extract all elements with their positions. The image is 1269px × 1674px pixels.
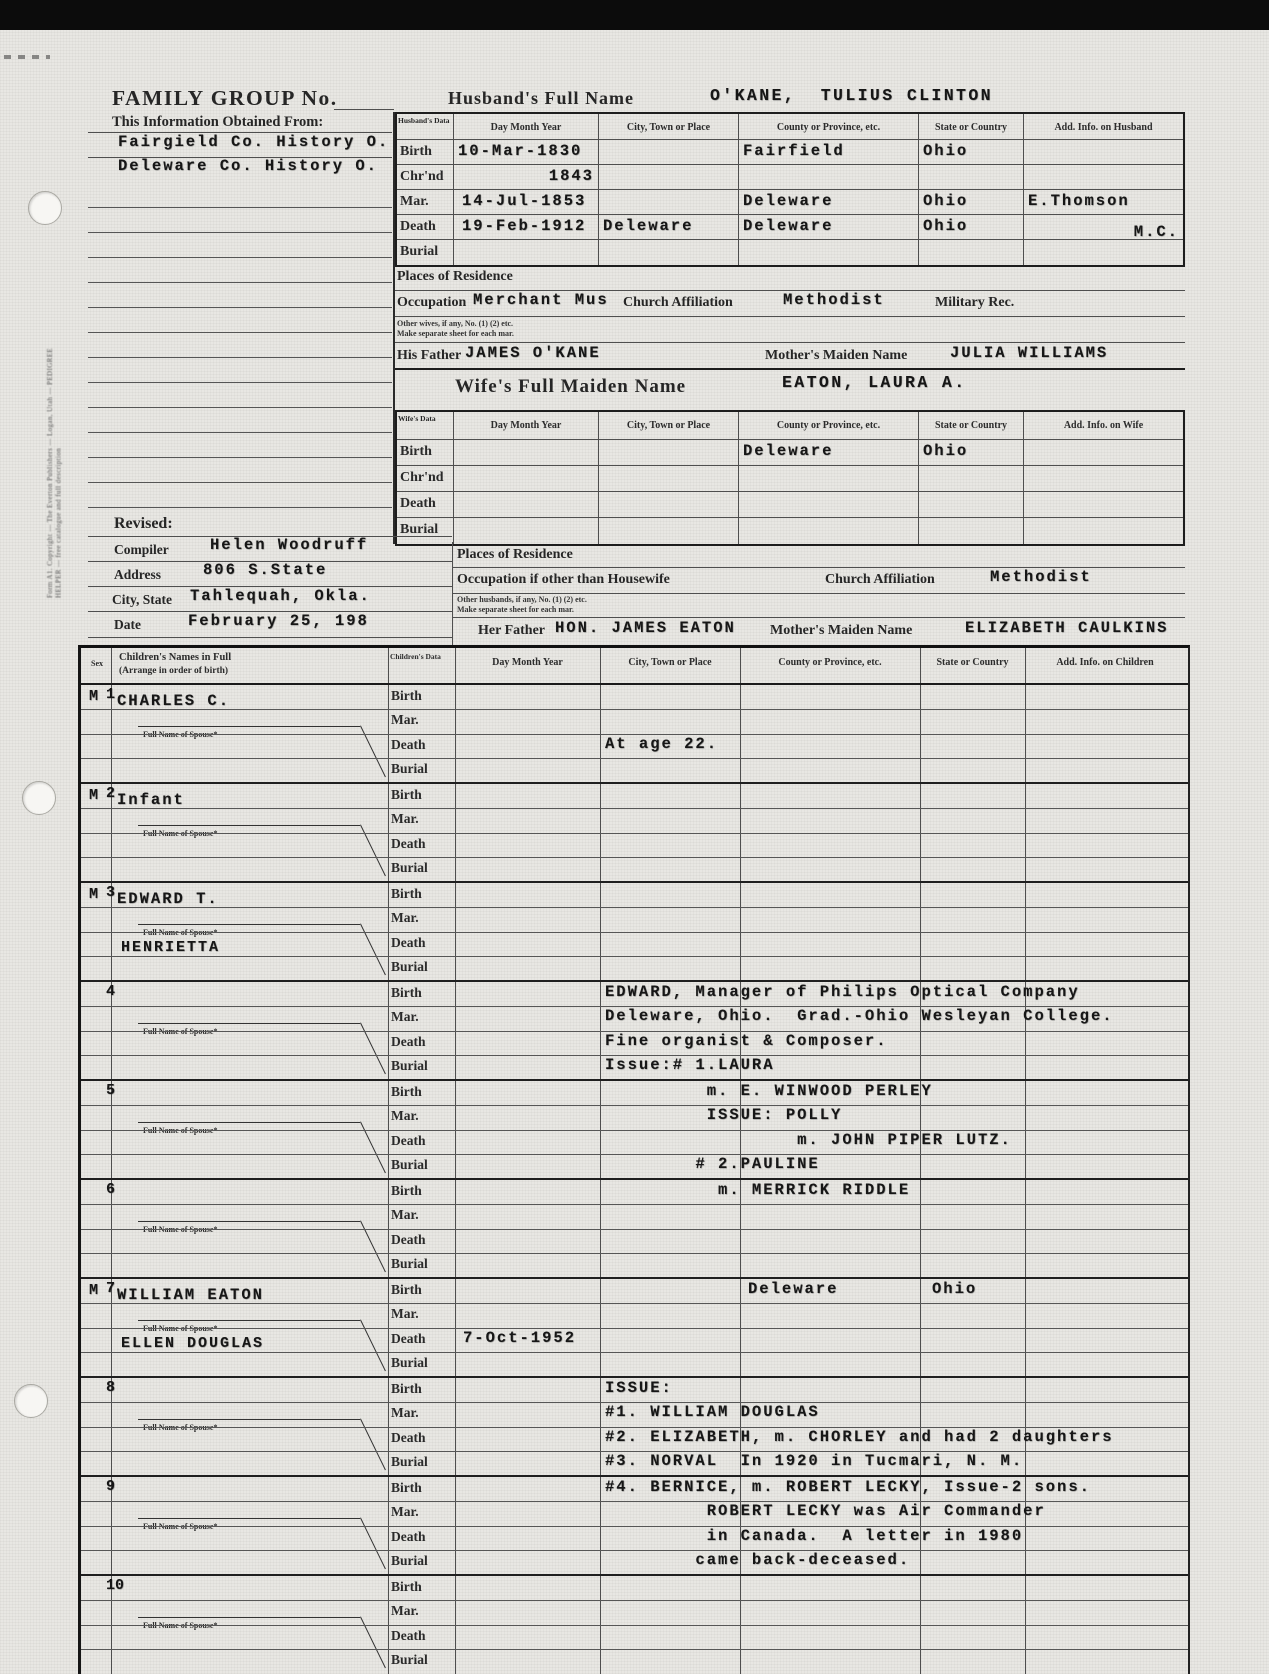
wife-occupation-row: Occupation if other than Housewife Churc… — [452, 568, 1185, 594]
husband-birth-county: Fairfield — [739, 140, 919, 165]
church-affiliation-label: Church Affiliation — [623, 295, 733, 311]
child-burial-row: Burial — [81, 1253, 1188, 1277]
child-birth-row: Birth m. E. WINWOOD PERLEY — [81, 1081, 1188, 1106]
wife-chrnd-city — [599, 466, 739, 492]
wife-chrnd-county — [739, 466, 919, 492]
birth-label: Birth — [391, 1084, 422, 1100]
wife-chrnd-date — [454, 466, 599, 492]
child-death-row: Death At age 22. — [81, 734, 1188, 759]
scan-top-bar — [0, 0, 1269, 30]
child-mar-row: Mar. — [81, 808, 1188, 833]
other-husbands-note2: Make separate sheet for each mar. — [457, 605, 574, 615]
death-label: Death — [391, 1133, 426, 1149]
burial-label: Burial — [391, 1058, 428, 1074]
husband-burial-county — [739, 240, 919, 265]
wife-name: EATON, LAURA A. — [782, 375, 967, 392]
her-father-label: Her Father — [478, 623, 545, 639]
wife-birth-state: Ohio — [919, 440, 1024, 466]
husband-death-county: Deleware — [739, 215, 919, 240]
col-add-info: Add. Info. on Husband — [1024, 114, 1183, 140]
child-mar-row: Mar. — [81, 907, 1188, 932]
burial-label: Burial — [391, 1256, 428, 1272]
info-source-line: Deleware Co. History O. — [118, 159, 378, 175]
church-affiliation-value: Methodist — [990, 570, 1092, 586]
husband-chrnd-info — [1024, 165, 1183, 190]
wife-data-label: Wife's Data — [397, 412, 454, 440]
child-block: M 2 Infant Full Name of Spouse* Birth Ma… — [81, 784, 1188, 883]
col-day-month-year: Day Month Year — [454, 114, 599, 140]
form-credit-vertical-text: Form A1. Copyright — The Everton Publish… — [46, 322, 72, 598]
wife-burial-city — [599, 518, 739, 544]
child-burial-row: Burial — [81, 956, 1188, 980]
wife-burial-date — [454, 518, 599, 544]
col-city: City, Town or Place — [600, 657, 740, 668]
child-block: 8 Full Name of Spouse* Birth ISSUE: Mar.… — [81, 1378, 1188, 1477]
death-note: Fine organist & Composer. — [605, 1034, 888, 1050]
child-death-row: Death — [81, 833, 1188, 858]
child-mar-row: Mar. ISSUE: POLLY — [81, 1105, 1188, 1130]
child-death-row: Death — [81, 932, 1188, 957]
husband-death-info: M.C. — [1024, 215, 1183, 240]
mar-note: ISSUE: POLLY — [605, 1108, 842, 1124]
wife-death-date — [454, 492, 599, 518]
col-children-names: Children's Names in Full — [119, 652, 379, 663]
husband-death-label: Death — [397, 215, 454, 240]
child-birth-row: Birth m. MERRICK RIDDLE — [81, 1180, 1188, 1205]
mar-note: Deleware, Ohio. Grad.-Ohio Wesleyan Coll… — [605, 1009, 1114, 1025]
child-burial-row: Burial — [81, 1649, 1188, 1673]
col-county: County or Province, etc. — [740, 657, 920, 668]
husband-burial-label: Burial — [397, 240, 454, 265]
his-father-value: JAMES O'KANE — [465, 346, 601, 362]
wife-maiden-name-label: Wife's Full Maiden Name — [455, 376, 686, 398]
wife-other-husbands-row: Other husbands, if any, No. (1) (2) etc.… — [452, 594, 1185, 618]
child-death-row: Death — [81, 1625, 1188, 1650]
wife-chrnd-label: Chr'nd — [397, 466, 454, 492]
birth-label: Birth — [391, 1381, 422, 1397]
burial-label: Burial — [391, 761, 428, 777]
child-burial-row: Burial — [81, 857, 1188, 881]
birth-label: Birth — [391, 1282, 422, 1298]
punch-hole — [28, 191, 62, 225]
mar-label: Mar. — [391, 910, 419, 926]
page-title: FAMILY GROUP No. — [112, 86, 338, 111]
burial-label: Burial — [391, 1553, 428, 1569]
mar-label: Mar. — [391, 712, 419, 728]
children-table-header: Sex Children's Names in Full (Arrange in… — [81, 648, 1188, 685]
child-burial-row: Burial — [81, 758, 1188, 782]
death-note: in Canada. A letter in 1980 — [605, 1529, 1023, 1545]
wife-burial-info — [1024, 518, 1183, 544]
child-mar-row: Mar. Deleware, Ohio. Grad.-Ohio Wesleyan… — [81, 1006, 1188, 1031]
child-death-row: Death — [81, 1229, 1188, 1254]
family-group-sheet: Form A1. Copyright — The Everton Publish… — [0, 0, 1269, 1674]
husband-burial-city — [599, 240, 739, 265]
husband-mar-county: Deleware — [739, 190, 919, 215]
husband-burial-date — [454, 240, 599, 265]
mother-maiden-value: ELIZABETH CAULKINS — [965, 621, 1168, 637]
occupation-value: Merchant Mus — [473, 293, 609, 309]
occupation-housewife-label: Occupation if other than Housewife — [457, 572, 670, 588]
info-source-line: Fairgield Co. History O. — [118, 135, 389, 151]
birth-label: Birth — [391, 1480, 422, 1496]
birth-label: Birth — [391, 1183, 422, 1199]
mar-label: Mar. — [391, 1405, 419, 1421]
burial-label: Burial — [391, 1652, 428, 1668]
husband-burial-state — [919, 240, 1024, 265]
wife-father-row: Her Father HON. JAMES EATON Mother's Mai… — [452, 618, 1185, 645]
mar-label: Mar. — [391, 1306, 419, 1322]
child-birth-row: Birth ISSUE: — [81, 1378, 1188, 1403]
wife-death-info — [1024, 492, 1183, 518]
occupation-label: Occupation — [397, 295, 466, 311]
child-death-row: Death #2. ELIZABETH, m. CHORLEY and had … — [81, 1427, 1188, 1452]
child-burial-row: Burial — [81, 1352, 1188, 1376]
birth-label: Birth — [391, 688, 422, 704]
child-mar-row: Mar. ROBERT LECKY was Air Commander — [81, 1501, 1188, 1526]
date-value: February 25, 198 — [188, 614, 369, 630]
child-burial-row: Burial came back-deceased. — [81, 1550, 1188, 1574]
revised-label: Revised: — [114, 515, 173, 533]
death-date: 7-Oct-1952 — [463, 1331, 576, 1347]
col-state: State or Country — [919, 412, 1024, 440]
city-state-label: City, State — [112, 592, 172, 608]
places-of-residence-label: Places of Residence — [397, 269, 513, 285]
death-label: Death — [391, 1331, 426, 1347]
husband-birth-date: 10-Mar-1830 — [454, 140, 599, 165]
burial-note: #3. NORVAL In 1920 in Tucmari, N. M. — [605, 1454, 1023, 1470]
address-label: Address — [114, 567, 161, 583]
child-birth-row: Birth — [81, 883, 1188, 908]
col-county: County or Province, etc. — [739, 114, 919, 140]
husband-chrnd-city — [599, 165, 739, 190]
col-state: State or Country — [920, 657, 1025, 668]
child-block: 9 Full Name of Spouse* Birth #4. BERNICE… — [81, 1477, 1188, 1576]
children-table: Sex Children's Names in Full (Arrange in… — [78, 645, 1190, 1674]
child-birth-row: Birth — [81, 1576, 1188, 1601]
husband-birth-label: Birth — [397, 140, 454, 165]
child-mar-row: Mar. — [81, 709, 1188, 734]
husband-birth-state: Ohio — [919, 140, 1024, 165]
husband-places-row: Places of Residence — [395, 265, 1185, 291]
col-add-info: Add. Info. on Children — [1025, 657, 1185, 668]
address-value: 806 S.State — [203, 563, 327, 579]
mar-label: Mar. — [391, 1504, 419, 1520]
husband-birth-city — [599, 140, 739, 165]
compiler-label: Compiler — [114, 542, 169, 558]
husband-other-wives-row: Other wives, if any, No. (1) (2) etc. Ma… — [395, 317, 1185, 343]
husband-burial-info — [1024, 240, 1183, 265]
child-block: M 3 EDWARD T. Full Name of Spouse* HENRI… — [81, 883, 1188, 982]
birth-state: Ohio — [932, 1282, 977, 1298]
rule — [88, 637, 452, 638]
child-block: 5 Full Name of Spouse* Birth m. E. WINWO… — [81, 1081, 1188, 1180]
birth-label: Birth — [391, 985, 422, 1001]
child-death-row: Death m. JOHN PIPER LUTZ. — [81, 1130, 1188, 1155]
col-state: State or Country — [919, 114, 1024, 140]
death-label: Death — [391, 836, 426, 852]
husband-chrnd-date: 1843 — [454, 165, 599, 190]
birth-label: Birth — [391, 787, 422, 803]
child-burial-row: Burial # 2.PAULINE — [81, 1154, 1188, 1178]
husband-death-state: Ohio — [919, 215, 1024, 240]
death-label: Death — [391, 1034, 426, 1050]
child-mar-row: Mar. #1. WILLIAM DOUGLAS — [81, 1402, 1188, 1427]
husband-mar-label: Mar. — [397, 190, 454, 215]
scan-edge-mark — [4, 55, 50, 59]
wife-birth-date — [454, 440, 599, 466]
wife-burial-county — [739, 518, 919, 544]
date-label: Date — [114, 617, 141, 633]
col-add-info: Add. Info. on Wife — [1024, 412, 1183, 440]
child-mar-row: Mar. — [81, 1204, 1188, 1229]
children-rows: M 1 CHARLES C. Full Name of Spouse* Birt… — [81, 685, 1188, 1674]
husband-name: O'KANE, TULIUS CLINTON — [710, 88, 993, 105]
child-birth-row: Birth — [81, 685, 1188, 710]
husband-birth-info — [1024, 140, 1183, 165]
child-block: 10 Full Name of Spouse* Birth Mar. Death — [81, 1576, 1188, 1674]
child-birth-row: Birth #4. BERNICE, m. ROBERT LECKY, Issu… — [81, 1477, 1188, 1502]
mar-label: Mar. — [391, 1009, 419, 1025]
child-death-row: Death in Canada. A letter in 1980 — [81, 1526, 1188, 1551]
husband-death-city: Deleware — [599, 215, 739, 240]
col-city: City, Town or Place — [599, 412, 739, 440]
birth-note: m. E. WINWOOD PERLEY — [605, 1084, 933, 1100]
mar-label: Mar. — [391, 1603, 419, 1619]
mar-note: ROBERT LECKY was Air Commander — [605, 1504, 1046, 1520]
burial-label: Burial — [391, 959, 428, 975]
col-day-month-year: Day Month Year — [455, 657, 600, 668]
child-birth-row: Birth — [81, 784, 1188, 809]
mother-maiden-label: Mother's Maiden Name — [765, 348, 907, 364]
other-wives-note: Other wives, if any, No. (1) (2) etc. — [397, 319, 513, 329]
husband-data-label: Husband's Data — [397, 114, 454, 140]
death-label: Death — [391, 1628, 426, 1644]
death-note: m. JOHN PIPER LUTZ. — [605, 1133, 1012, 1149]
child-burial-row: Burial #3. NORVAL In 1920 in Tucmari, N.… — [81, 1451, 1188, 1475]
punch-hole — [22, 781, 56, 815]
col-children-data: Children's Data — [390, 652, 448, 661]
church-affiliation-value: Methodist — [783, 293, 885, 309]
husband-fullname-label: Husband's Full Name — [448, 88, 634, 109]
death-note: #2. ELIZABETH, m. CHORLEY and had 2 daug… — [605, 1430, 1114, 1446]
wife-birth-city — [599, 440, 739, 466]
other-wives-note2: Make separate sheet for each mar. — [397, 329, 514, 339]
husband-father-row: His Father JAMES O'KANE Mother's Maiden … — [395, 343, 1185, 370]
birth-note: m. MERRICK RIDDLE — [605, 1183, 910, 1199]
death-label: Death — [391, 1430, 426, 1446]
death-label: Death — [391, 935, 426, 951]
child-burial-row: Burial Issue:# 1.LAURA — [81, 1055, 1188, 1079]
burial-label: Burial — [391, 1355, 428, 1371]
church-affiliation-label: Church Affiliation — [825, 572, 935, 588]
husband-mar-city — [599, 190, 739, 215]
burial-note: Issue:# 1.LAURA — [605, 1058, 775, 1074]
burial-note: came back-deceased. — [605, 1553, 910, 1569]
husband-chrnd-label: Chr'nd — [397, 165, 454, 190]
col-day-month-year: Day Month Year — [454, 412, 599, 440]
death-label: Death — [391, 1232, 426, 1248]
wife-chrnd-info — [1024, 466, 1183, 492]
death-label: Death — [391, 1529, 426, 1545]
col-county: County or Province, etc. — [739, 412, 919, 440]
info-source-label: This Information Obtained From: — [112, 114, 323, 131]
wife-table: Wife's Data Day Month Year City, Town or… — [395, 410, 1185, 546]
child-birth-row: Birth EDWARD, Manager of Philips Optical… — [81, 982, 1188, 1007]
child-block: M 1 CHARLES C. Full Name of Spouse* Birt… — [81, 685, 1188, 784]
husband-table: Husband's Data Day Month Year City, Town… — [395, 112, 1185, 267]
mother-maiden-label: Mother's Maiden Name — [770, 623, 912, 639]
birth-note: #4. BERNICE, m. ROBERT LECKY, Issue-2 so… — [605, 1480, 1091, 1496]
husband-mar-info: E.Thomson — [1024, 190, 1183, 215]
birth-note: EDWARD, Manager of Philips Optical Compa… — [605, 985, 1080, 1001]
wife-death-county — [739, 492, 919, 518]
wife-chrnd-state — [919, 466, 1024, 492]
birth-label: Birth — [391, 1579, 422, 1595]
burial-label: Burial — [391, 1454, 428, 1470]
wife-burial-state — [919, 518, 1024, 544]
wife-birth-county: Deleware — [739, 440, 919, 466]
husband-occupation-row: Occupation Merchant Mus Church Affiliati… — [395, 291, 1185, 317]
burial-note: # 2.PAULINE — [605, 1157, 820, 1173]
husband-mar-date: 14-Jul-1853 — [454, 190, 599, 215]
city-state-value: Tahlequah, Okla. — [190, 589, 371, 605]
column-line — [393, 112, 395, 544]
child-block: 6 Full Name of Spouse* Birth m. MERRICK … — [81, 1180, 1188, 1279]
col-sex: Sex — [84, 659, 110, 668]
death-label: Death — [391, 737, 426, 753]
child-death-row: Death Fine organist & Composer. — [81, 1031, 1188, 1056]
col-city: City, Town or Place — [599, 114, 739, 140]
wife-death-state — [919, 492, 1024, 518]
burial-label: Burial — [391, 1157, 428, 1173]
husband-chrnd-county — [739, 165, 919, 190]
wife-birth-label: Birth — [397, 440, 454, 466]
punch-hole — [14, 1384, 48, 1418]
his-father-label: His Father — [397, 348, 461, 364]
burial-label: Burial — [391, 860, 428, 876]
child-block: M 7 WILLIAM EATON Full Name of Spouse* E… — [81, 1279, 1188, 1378]
child-mar-row: Mar. — [81, 1600, 1188, 1625]
wife-death-city — [599, 492, 739, 518]
husband-death-date: 19-Feb-1912 — [454, 215, 599, 240]
mar-label: Mar. — [391, 1207, 419, 1223]
husband-chrnd-state — [919, 165, 1024, 190]
mother-maiden-value: JULIA WILLIAMS — [950, 346, 1108, 362]
wife-burial-label: Burial — [397, 518, 454, 544]
military-rec-label: Military Rec. — [935, 295, 1014, 311]
child-birth-row: Birth Deleware Ohio — [81, 1279, 1188, 1304]
her-father-value: HON. JAMES EATON — [555, 621, 736, 637]
blank-ruled-lines — [88, 183, 392, 508]
death-note: At age 22. — [605, 737, 718, 753]
birth-note: ISSUE: — [605, 1381, 673, 1397]
mar-note: #1. WILLIAM DOUGLAS — [605, 1405, 820, 1421]
birth-county: Deleware — [748, 1282, 838, 1298]
child-block: 4 Full Name of Spouse* Birth EDWARD, Man… — [81, 982, 1188, 1081]
mar-label: Mar. — [391, 1108, 419, 1124]
rule — [334, 109, 394, 110]
birth-label: Birth — [391, 886, 422, 902]
child-death-row: Death 7-Oct-1952 — [81, 1328, 1188, 1353]
wife-places-row: Places of Residence — [452, 544, 1185, 568]
wife-birth-info — [1024, 440, 1183, 466]
mar-label: Mar. — [391, 811, 419, 827]
child-mar-row: Mar. — [81, 1303, 1188, 1328]
places-of-residence-label: Places of Residence — [457, 547, 573, 563]
col-children-names-sub: (Arrange in order of birth) — [119, 666, 379, 676]
wife-death-label: Death — [397, 492, 454, 518]
compiler-name: Helen Woodruff — [210, 538, 368, 554]
husband-mar-state: Ohio — [919, 190, 1024, 215]
other-husbands-note: Other husbands, if any, No. (1) (2) etc. — [457, 595, 587, 605]
